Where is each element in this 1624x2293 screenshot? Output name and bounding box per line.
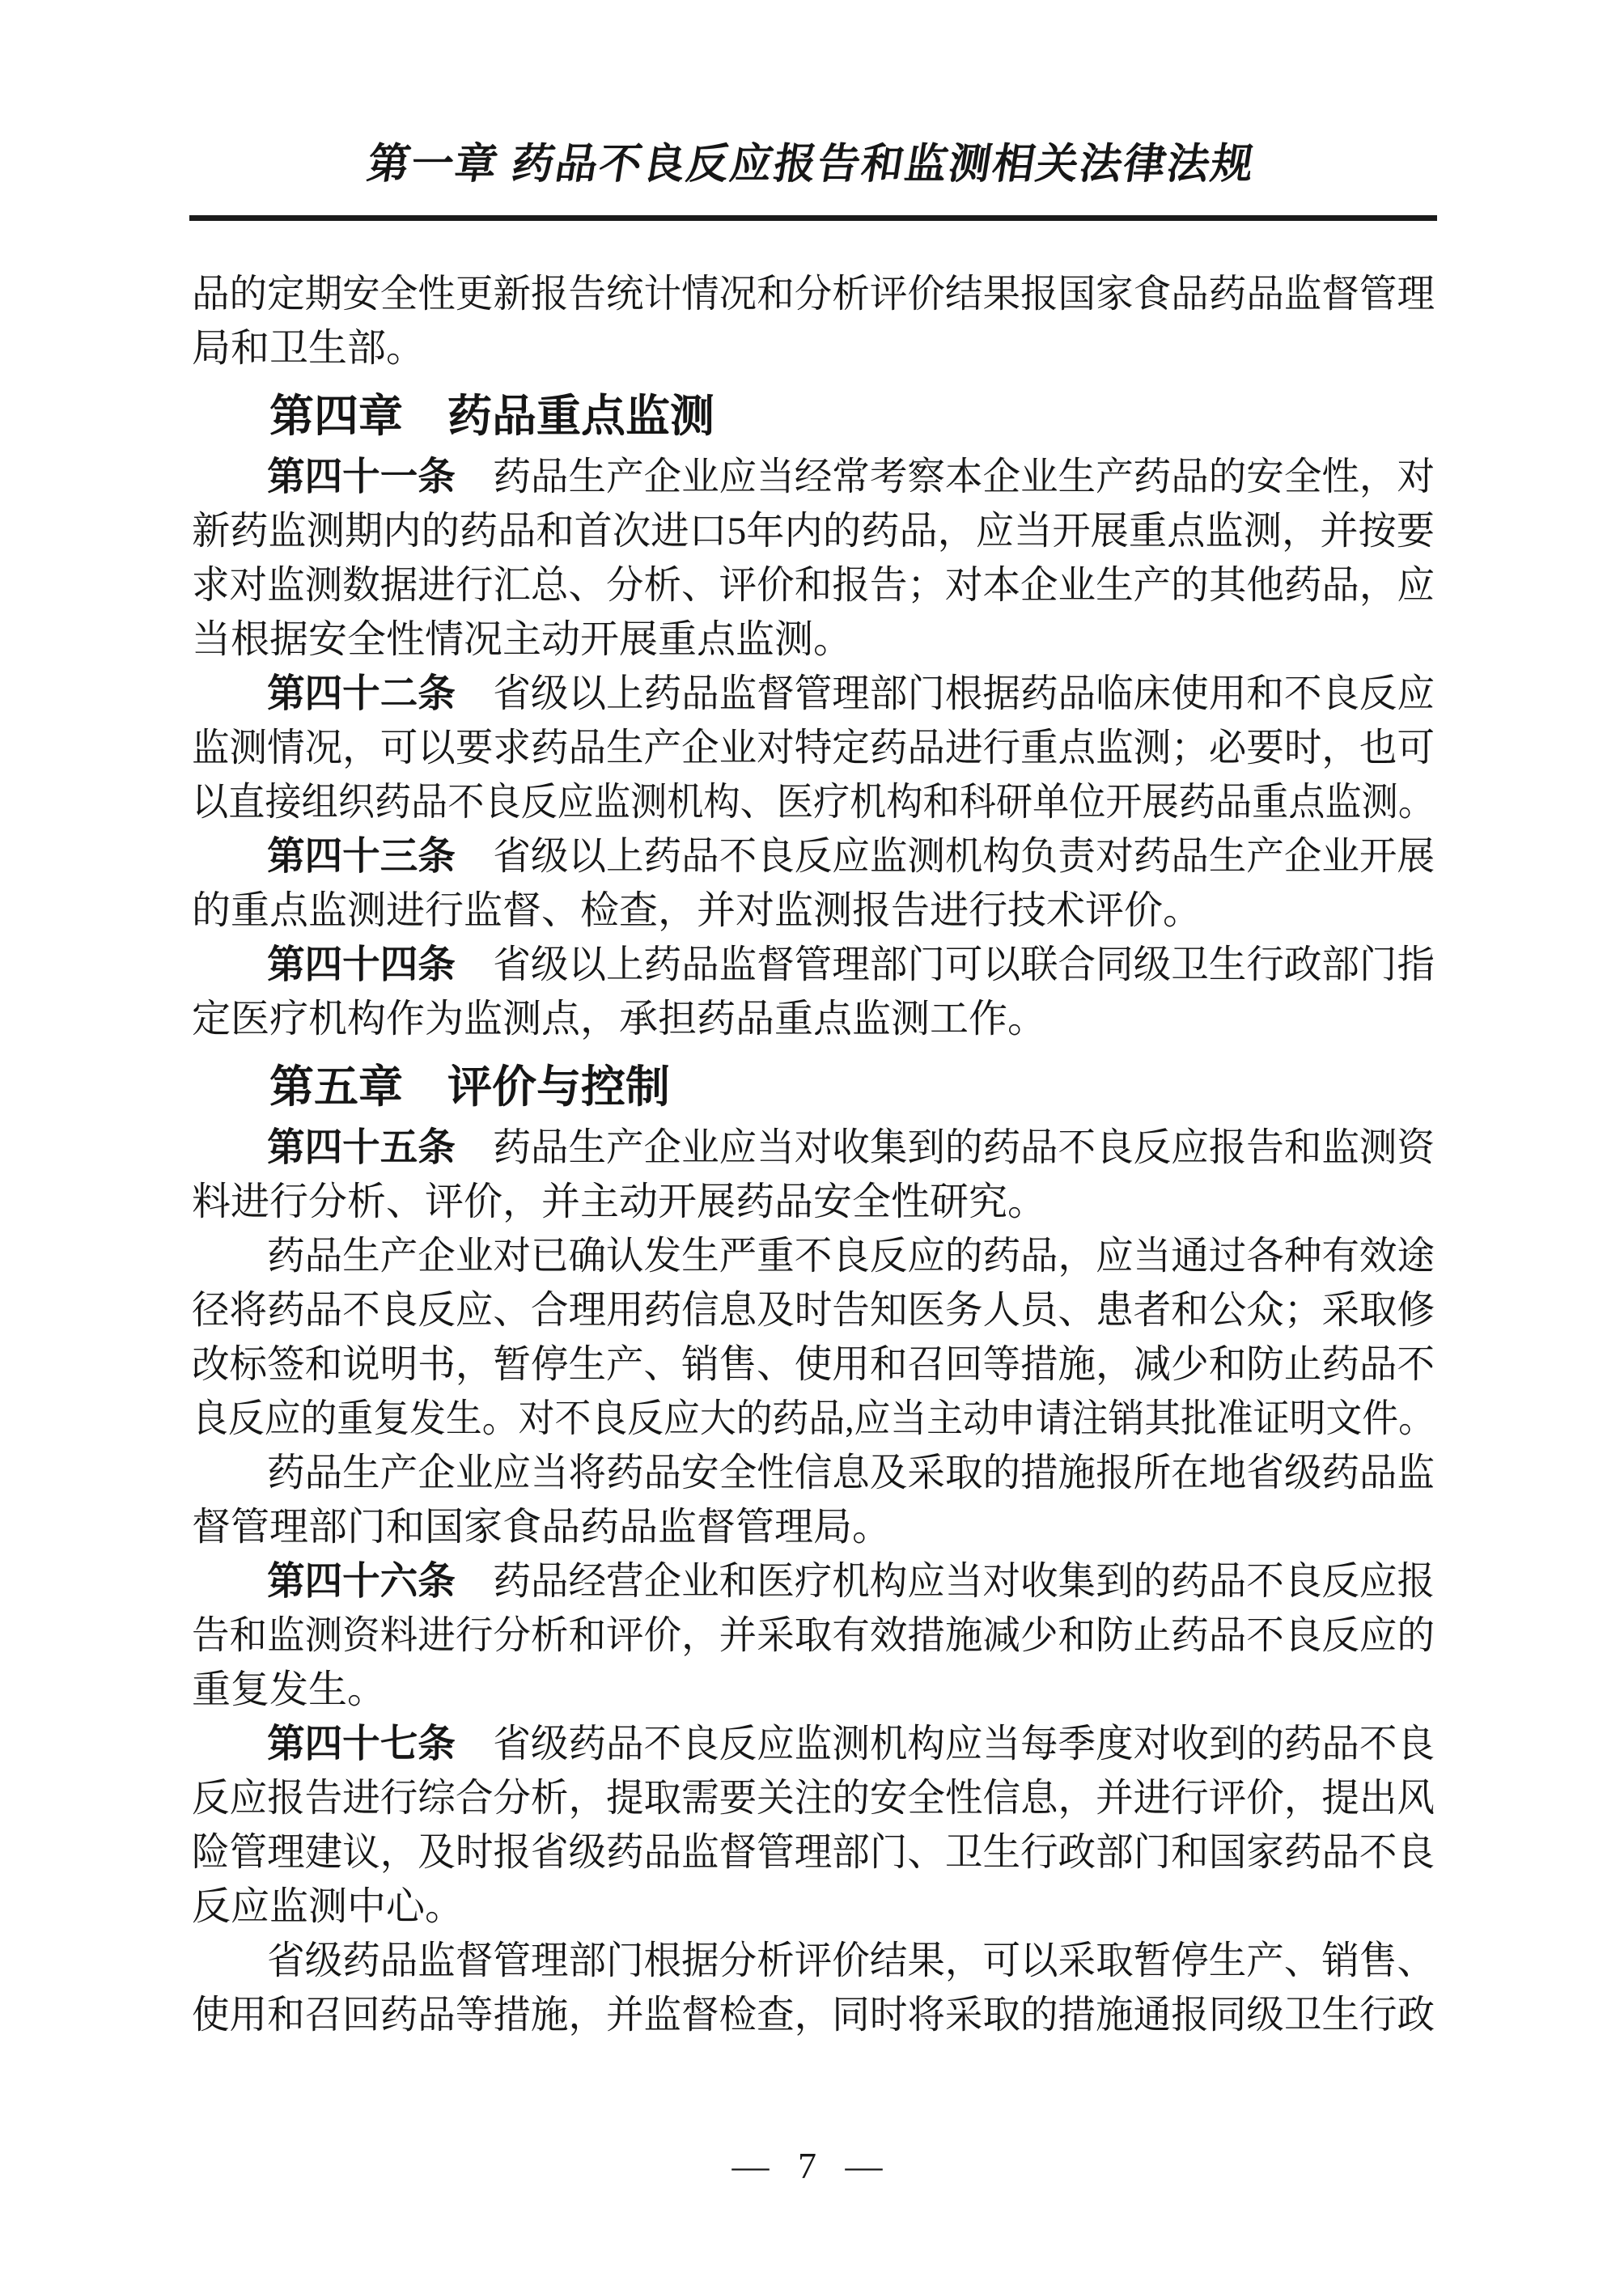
document-page: 第一章 药品不良反应报告和监测相关法律法规 品的定期安全性更新报告统计情况和分析…	[0, 0, 1624, 2293]
article-number: 第四十二条	[267, 672, 456, 715]
text-line: 第四十五条 药品生产企业应当对收集到的药品不良反应报告和监测资	[192, 1121, 1397, 1175]
article-number: 第四十六条	[267, 1560, 456, 1603]
text-line: 料进行分析、评价，并主动开展药品安全性研究。	[192, 1175, 1435, 1229]
text-line: 反应报告进行综合分析，提取需要关注的安全性信息，并进行评价，提出风	[192, 1771, 1397, 1825]
text-line: 药品生产企业对已确认发生严重不良反应的药品，应当通过各种有效途	[192, 1229, 1397, 1283]
text-line: 险管理建议，及时报省级药品监督管理部门、卫生行政部门和国家药品不良	[192, 1825, 1397, 1880]
text-line: 第四十三条 省级以上药品不良反应监测机构负责对药品生产企业开展	[192, 829, 1397, 884]
text-line: 径将药品不良反应、合理用药信息及时告知医务人员、患者和公众；采取修	[192, 1283, 1397, 1337]
article-number: 第四十七条	[267, 1723, 456, 1765]
text-line: 的重点监测进行监督、检查，并对监测报告进行技术评价。	[192, 884, 1435, 938]
text-line: 告和监测资料进行分析和评价，并采取有效措施减少和防止药品不良反应的	[192, 1608, 1397, 1663]
text-line: 新药监测期内的药品和首次进口5年内的药品，应当开展重点监测，并按要	[192, 504, 1415, 558]
header-rule	[189, 215, 1437, 221]
article-number: 第四十三条	[267, 835, 456, 878]
article-number: 第四十五条	[267, 1126, 456, 1169]
text-line: 第四十二条 省级以上药品监督管理部门根据药品临床使用和不良反应	[192, 667, 1397, 721]
running-header-title: 第一章 药品不良反应报告和监测相关法律法规	[0, 129, 1624, 190]
text-line: 定医疗机构作为监测点，承担药品重点监测工作。	[192, 992, 1435, 1046]
text-line: 良反应的重复发生。对不良反应大的药品,应当主动申请注销其批准证明文件。	[192, 1392, 1353, 1446]
text-line: 反应监测中心。	[192, 1880, 1435, 1934]
text-line: 监测情况，可以要求药品生产企业对特定药品进行重点监测；必要时，也可	[192, 721, 1397, 775]
page-number: — 7 —	[0, 2144, 1624, 2187]
document-body: 品的定期安全性更新报告统计情况和分析评价结果报国家食品药品监督管理局和卫生部。第…	[192, 267, 1435, 2042]
text-line: 第四十七条 省级药品不良反应监测机构应当每季度对收到的药品不良	[192, 1717, 1397, 1771]
text-line: 督管理部门和国家食品药品监督管理局。	[192, 1500, 1435, 1554]
text-line: 以直接组织药品不良反应监测机构、医疗机构和科研单位开展药品重点监测。	[192, 775, 1362, 829]
text-line: 省级药品监督管理部门根据分析评价结果，可以采取暂停生产、销售、	[192, 1934, 1397, 1988]
chapter-heading: 第五章 评价与控制	[192, 1057, 1435, 1116]
text-line: 第四十一条 药品生产企业应当经常考察本企业生产药品的安全性，对	[192, 450, 1397, 504]
chapter-heading: 第四章 药品重点监测	[192, 387, 1435, 445]
article-number: 第四十四条	[267, 943, 456, 986]
text-line: 第四十六条 药品经营企业和医疗机构应当对收集到的药品不良反应报	[192, 1554, 1397, 1608]
text-line: 局和卫生部。	[192, 321, 1435, 375]
text-line: 药品生产企业应当将药品安全性信息及采取的措施报所在地省级药品监	[192, 1446, 1397, 1500]
text-line: 品的定期安全性更新报告统计情况和分析评价结果报国家食品药品监督管理	[192, 267, 1397, 321]
text-line: 当根据安全性情况主动开展重点监测。	[192, 612, 1435, 667]
text-line: 改标签和说明书，暂停生产、销售、使用和召回等措施，减少和防止药品不	[192, 1337, 1397, 1392]
text-line: 第四十四条 省级以上药品监督管理部门可以联合同级卫生行政部门指	[192, 938, 1397, 992]
text-line: 求对监测数据进行汇总、分析、评价和报告；对本企业生产的其他药品，应	[192, 558, 1397, 612]
text-line: 使用和召回药品等措施，并监督检查，同时将采取的措施通报同级卫生行政	[192, 1988, 1397, 2042]
text-line: 重复发生。	[192, 1663, 1435, 1717]
article-number: 第四十一条	[267, 456, 456, 498]
